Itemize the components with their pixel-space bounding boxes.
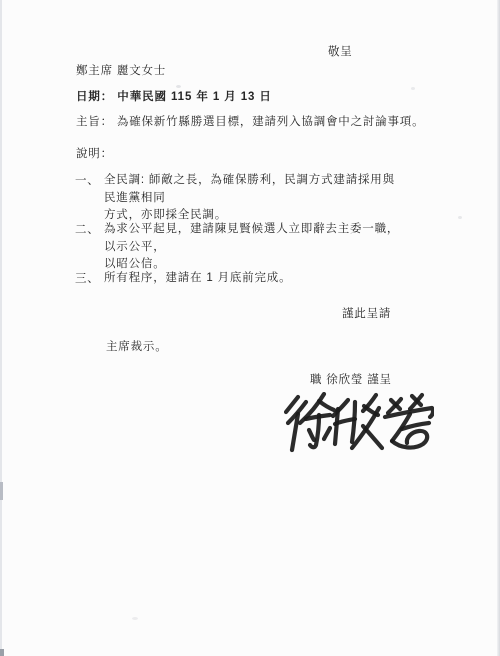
- scan-speck: [458, 216, 462, 219]
- scan-speck: [411, 87, 415, 90]
- page-corner-mark: [0, 649, 4, 656]
- list-item-3-text: 所有程序，建請在 1 月底前完成。: [104, 270, 404, 288]
- chairman-directive-line: 主席裁示。: [106, 340, 168, 354]
- handwritten-signature: [284, 392, 434, 454]
- addressee-line: 鄭主席 麗文女士: [76, 64, 166, 78]
- list-item-1-text: 全民調: 師敵之長，為確保勝利，民調方式建請採用與民進黨相同 方式，亦即採全民調…: [104, 172, 404, 225]
- signoff-line: 職 徐欣瑩 謹呈: [310, 373, 392, 387]
- list-item-1-number: 一、: [75, 172, 100, 188]
- page-edge-left: [0, 0, 2, 656]
- scanned-letter-page: 敬呈 鄭主席 麗文女士 日期： 中華民國 115 年 1 月 13 日 主旨： …: [0, 0, 500, 656]
- list-item-3-number: 三、: [75, 270, 100, 286]
- subject-line: 主旨： 為確保新竹縣勝選目標，建請列入協調會中之討論事項。: [76, 115, 424, 129]
- page-edge-mark: [0, 482, 3, 500]
- explanation-heading: 說明：: [76, 147, 113, 161]
- salutation-note: 敬呈: [328, 45, 353, 59]
- scan-speck: [132, 617, 138, 620]
- scan-speck: [176, 85, 181, 88]
- closing-phrase: 謹此呈請: [342, 307, 391, 321]
- list-item-2-number: 二、: [75, 221, 100, 237]
- list-item-2-text: 為求公平起見，建請陳見賢候選人立即辭去主委一職，以示公平， 以昭公信。: [104, 221, 404, 274]
- date-line: 日期： 中華民國 115 年 1 月 13 日: [76, 90, 272, 104]
